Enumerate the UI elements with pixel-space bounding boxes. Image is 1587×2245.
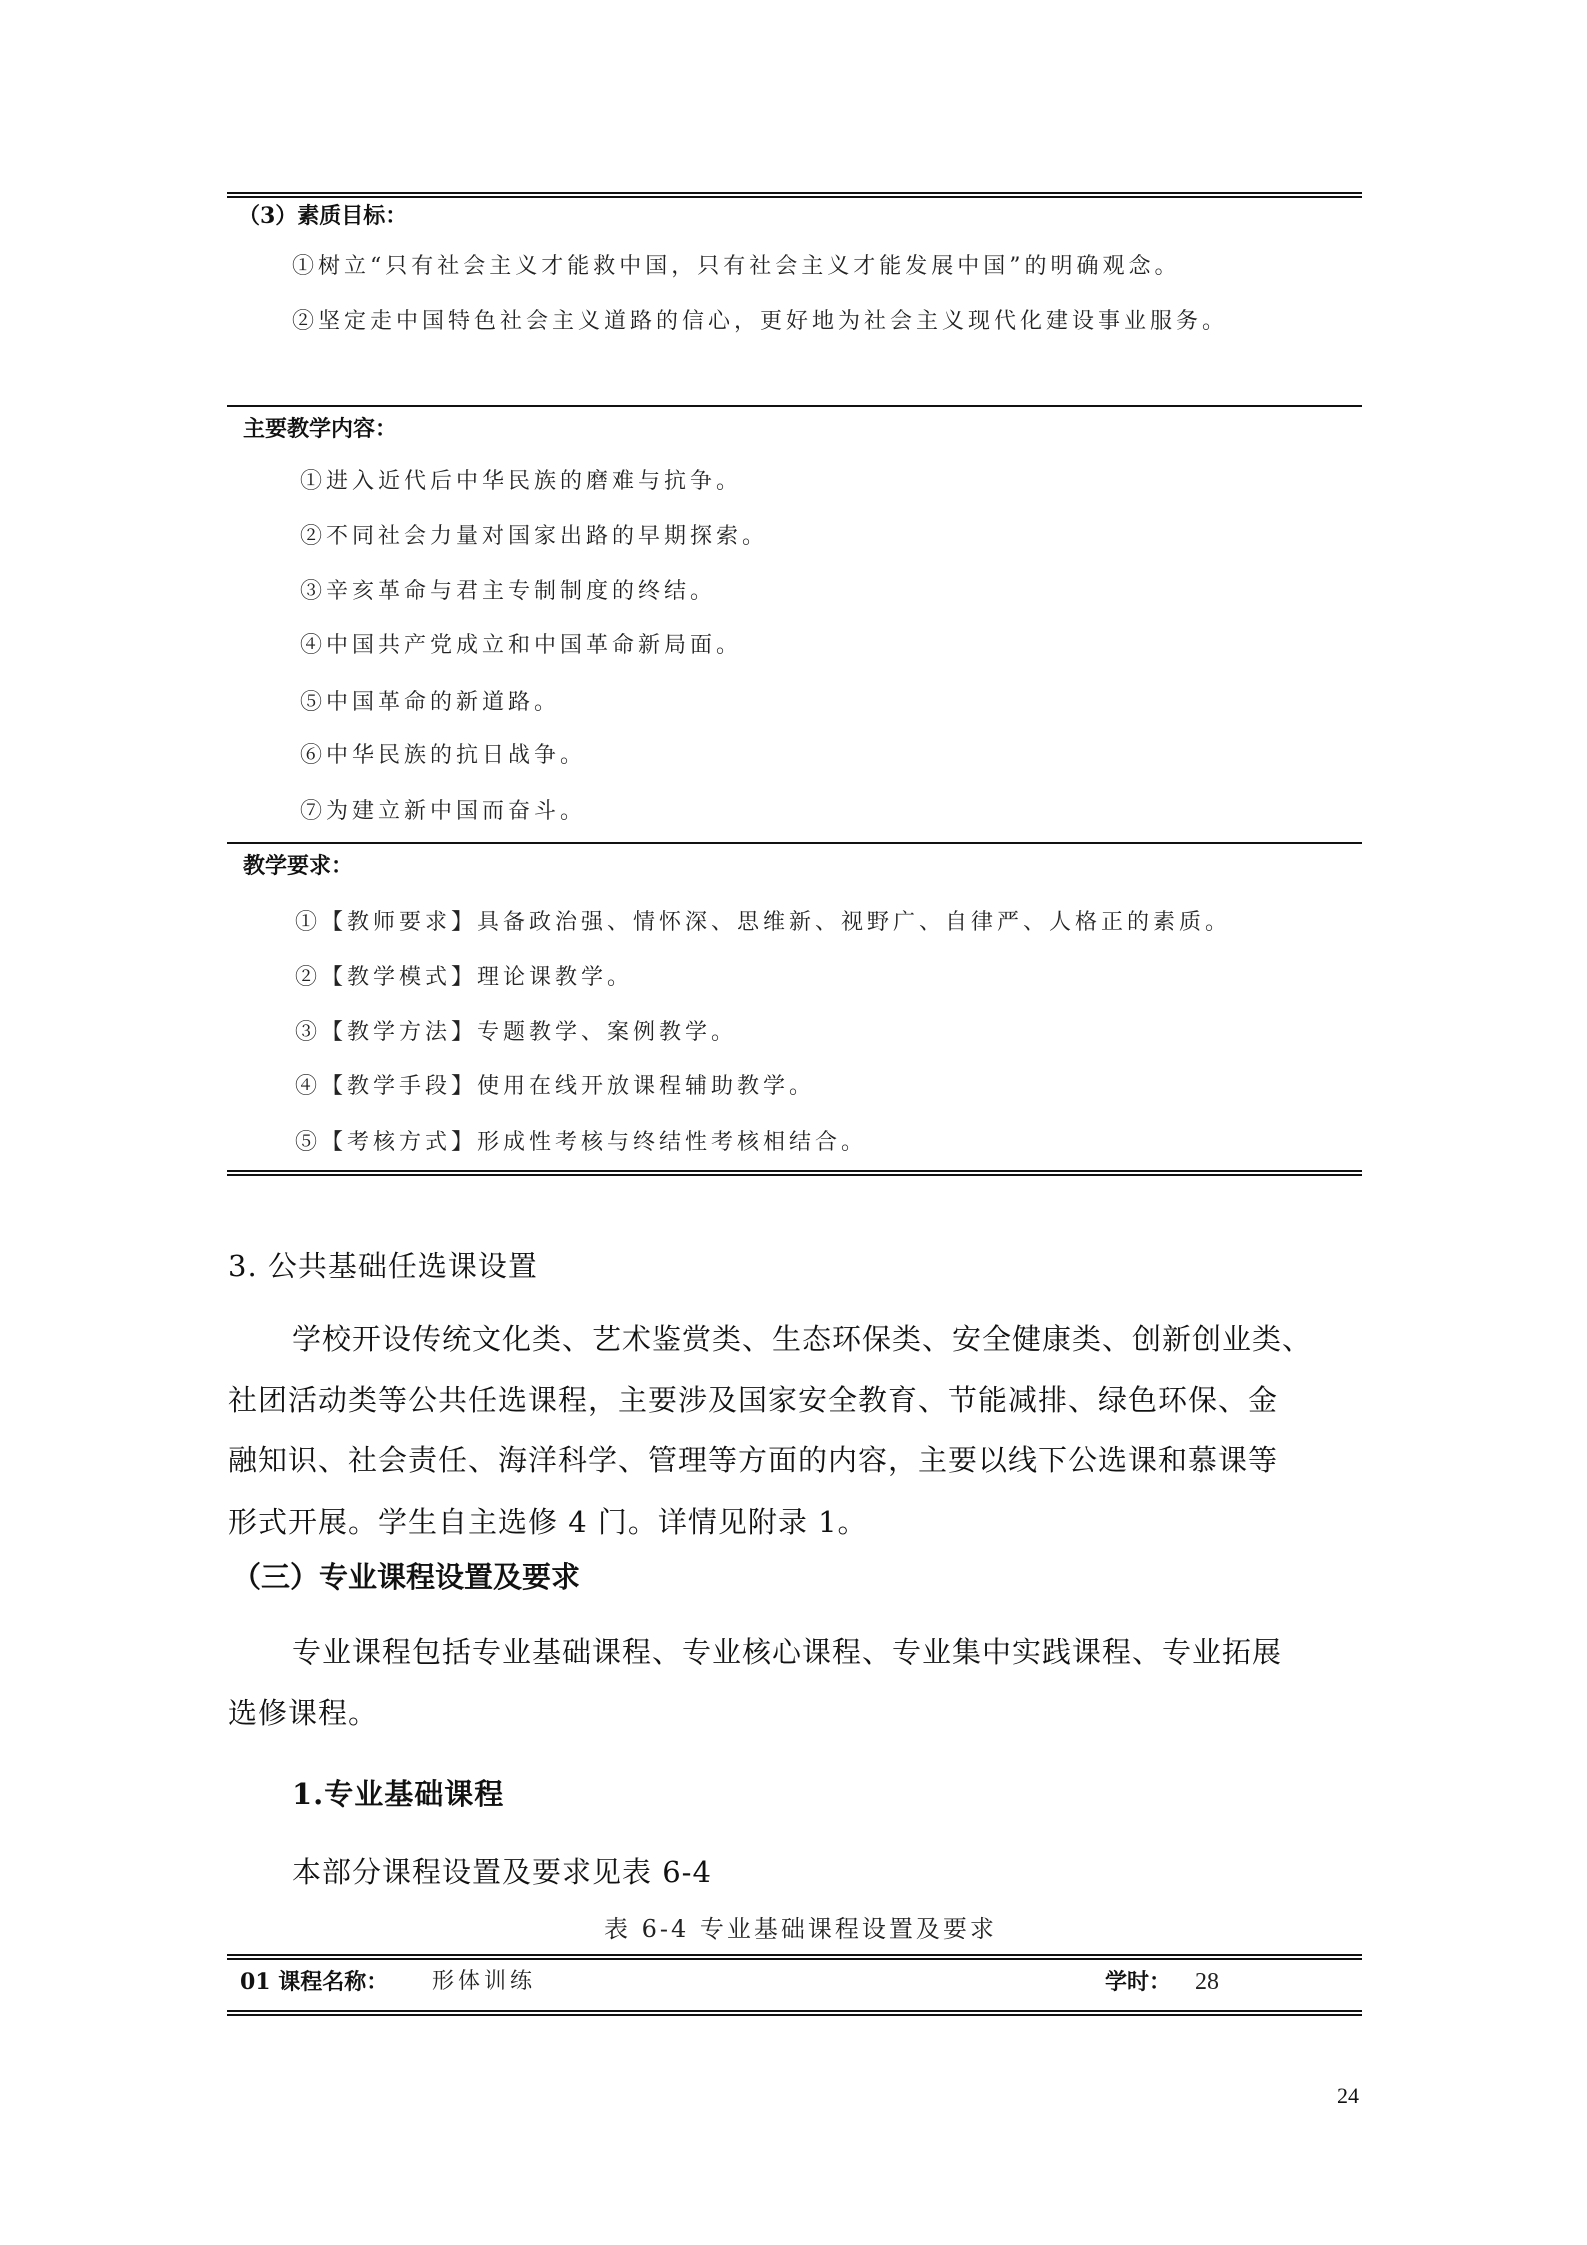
teaching-requirement-item: ③【教学方法】专题教学、案例教学。 [295,1018,737,1048]
course-hours-value: 28 [1195,1967,1219,1997]
main-content-item: ⑤中国革命的新道路。 [300,688,560,718]
subheading-foundation-courses: 1.专业基础课程 [292,1776,504,1812]
section-heading-elective: 3. 公共基础任选课设置 [228,1248,538,1284]
paragraph-line: 融知识、社会责任、海洋科学、管理等方面的内容，主要以线下公选课和慕课等 [228,1442,1278,1478]
paragraph-line: 社团活动类等公共任选课程，主要涉及国家安全教育、节能减排、绿色环保、金 [228,1382,1278,1418]
main-content-item: ②不同社会力量对国家出路的早期探索。 [300,522,768,552]
paragraph-line: 学校开设传统文化类、艺术鉴赏类、生态环保类、安全健康类、创新创业类、 [292,1321,1312,1357]
page-number: 24 [1337,2083,1359,2109]
teaching-requirement-item: ①【教师要求】具备政治强、情怀深、思维新、视野广、自律严、人格正的素质。 [295,908,1231,938]
main-content-item: ⑥中华民族的抗日战争。 [300,741,586,771]
course-name-value: 形体训练 [432,1967,536,1997]
course-table-bottom-rule [227,2010,1362,2016]
section-divider-rule [227,405,1362,407]
table-reference-text: 本部分课程设置及要求见表 6-4 [292,1854,712,1890]
section-heading-professional: （三）专业课程设置及要求 [232,1559,580,1595]
section-divider-rule [227,842,1362,844]
quality-goals-title: （3）素质目标： [238,201,407,231]
paragraph-line: 选修课程。 [228,1695,378,1731]
course-table-top-rule [227,1954,1362,1960]
teaching-requirement-item: ④【教学手段】使用在线开放课程辅助教学。 [295,1072,815,1102]
table-top-double-rule [227,192,1362,198]
table-bottom-double-rule [227,1170,1362,1176]
main-content-item: ⑦为建立新中国而奋斗。 [300,797,586,827]
teaching-requirement-item: ⑤【考核方式】形成性考核与终结性考核相结合。 [295,1128,867,1158]
main-content-item: ④中国共产党成立和中国革命新局面。 [300,631,742,661]
table-caption: 表 6-4 专业基础课程设置及要求 [604,1914,997,1944]
paragraph-line: 专业课程包括专业基础课程、专业核心课程、专业集中实践课程、专业拓展 [292,1634,1282,1670]
course-name-label: 01 课程名称： [240,1967,388,1997]
course-hours-label: 学时： [1105,1967,1171,1997]
teaching-requirements-title: 教学要求： [243,851,353,881]
main-content-title: 主要教学内容： [243,414,397,444]
quality-goal-item: ①树立“只有社会主义才能救中国，只有社会主义才能发展中国”的明确观念。 [292,252,1181,282]
quality-goal-item: ②坚定走中国特色社会主义道路的信心，更好地为社会主义现代化建设事业服务。 [292,307,1228,337]
main-content-item: ③辛亥革命与君主专制制度的终结。 [300,577,716,607]
main-content-item: ①进入近代后中华民族的磨难与抗争。 [300,467,742,497]
teaching-requirement-item: ②【教学模式】理论课教学。 [295,963,633,993]
paragraph-line: 形式开展。学生自主选修 4 门。详情见附录 1。 [228,1504,868,1540]
